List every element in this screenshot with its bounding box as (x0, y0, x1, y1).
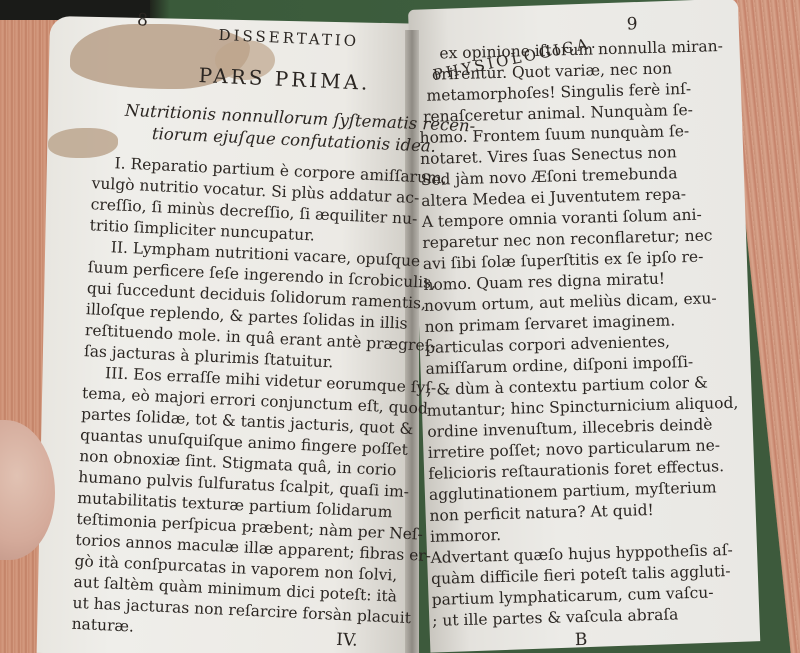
page-number: 8 (137, 10, 149, 30)
signature-mark: B (575, 630, 588, 650)
catchword: IV. (336, 630, 358, 651)
body-text: ex opinione iſtorum nonnulla miran- orir… (417, 36, 744, 632)
page-number: 9 (626, 14, 637, 34)
body-text: I. Reparatio partium è corpore amiſſarum… (71, 152, 448, 651)
book-photo: 8 DISSERTATIO PARS PRIMA. Nutritionis no… (0, 0, 800, 653)
